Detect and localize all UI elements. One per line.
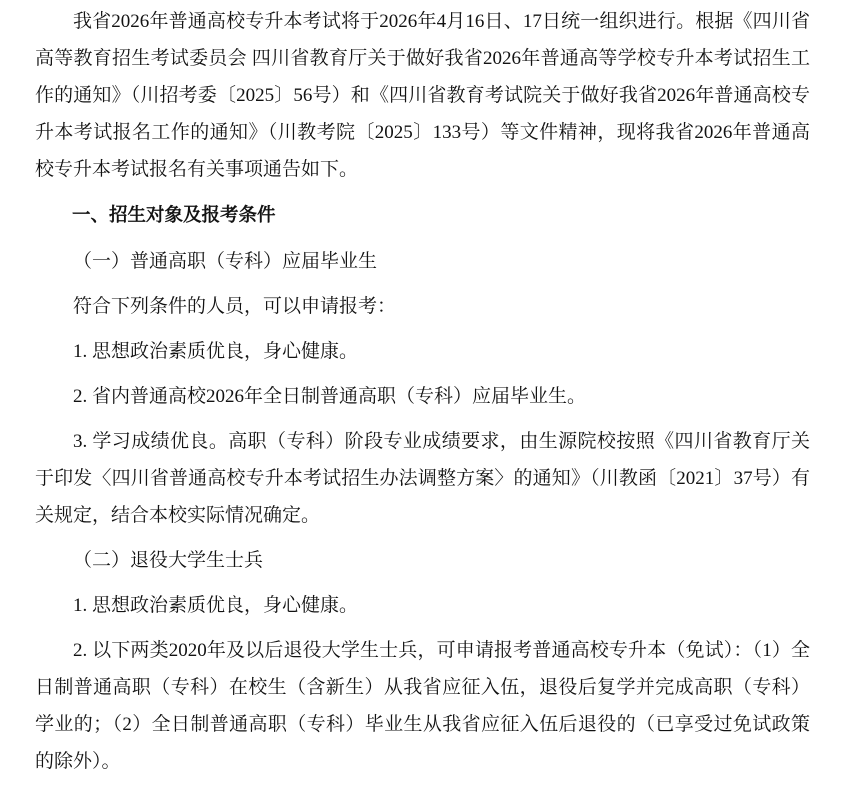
document-page: 我省2026年普通高校专升本考试将于2026年4月16日、17日统一组织进行。根… [0,0,845,796]
section-heading-enrollment-targets: 一、招生对象及报考条件 [35,196,810,233]
condition-item-3-academic-performance: 3. 学习成绩优良。高职（专科）阶段专业成绩要求，由生源院校按照《四川省教育厅关… [35,423,810,534]
condition-item-1-political-quality: 1. 思想政治素质优良，身心健康。 [35,333,810,370]
condition-item-2-fulltime-graduates: 2. 省内普通高校2026年全日制普通高职（专科）应届毕业生。 [35,378,810,415]
eligibility-intro-paragraph: 符合下列条件的人员，可以申请报考： [35,288,810,325]
veteran-condition-item-2-exemption-rules: 2. 以下两类2020年及以后退役大学生士兵，可申请报考普通高校专升本（免试）：… [35,632,810,780]
veteran-condition-item-1-political-quality: 1. 思想政治素质优良，身心健康。 [35,587,810,624]
intro-paragraph: 我省2026年普通高校专升本考试将于2026年4月16日、17日统一组织进行。根… [35,3,810,188]
subsection-heading-regular-graduates: （一）普通高职（专科）应届毕业生 [35,243,810,280]
subsection-heading-veteran-soldiers: （二）退役大学生士兵 [35,542,810,579]
